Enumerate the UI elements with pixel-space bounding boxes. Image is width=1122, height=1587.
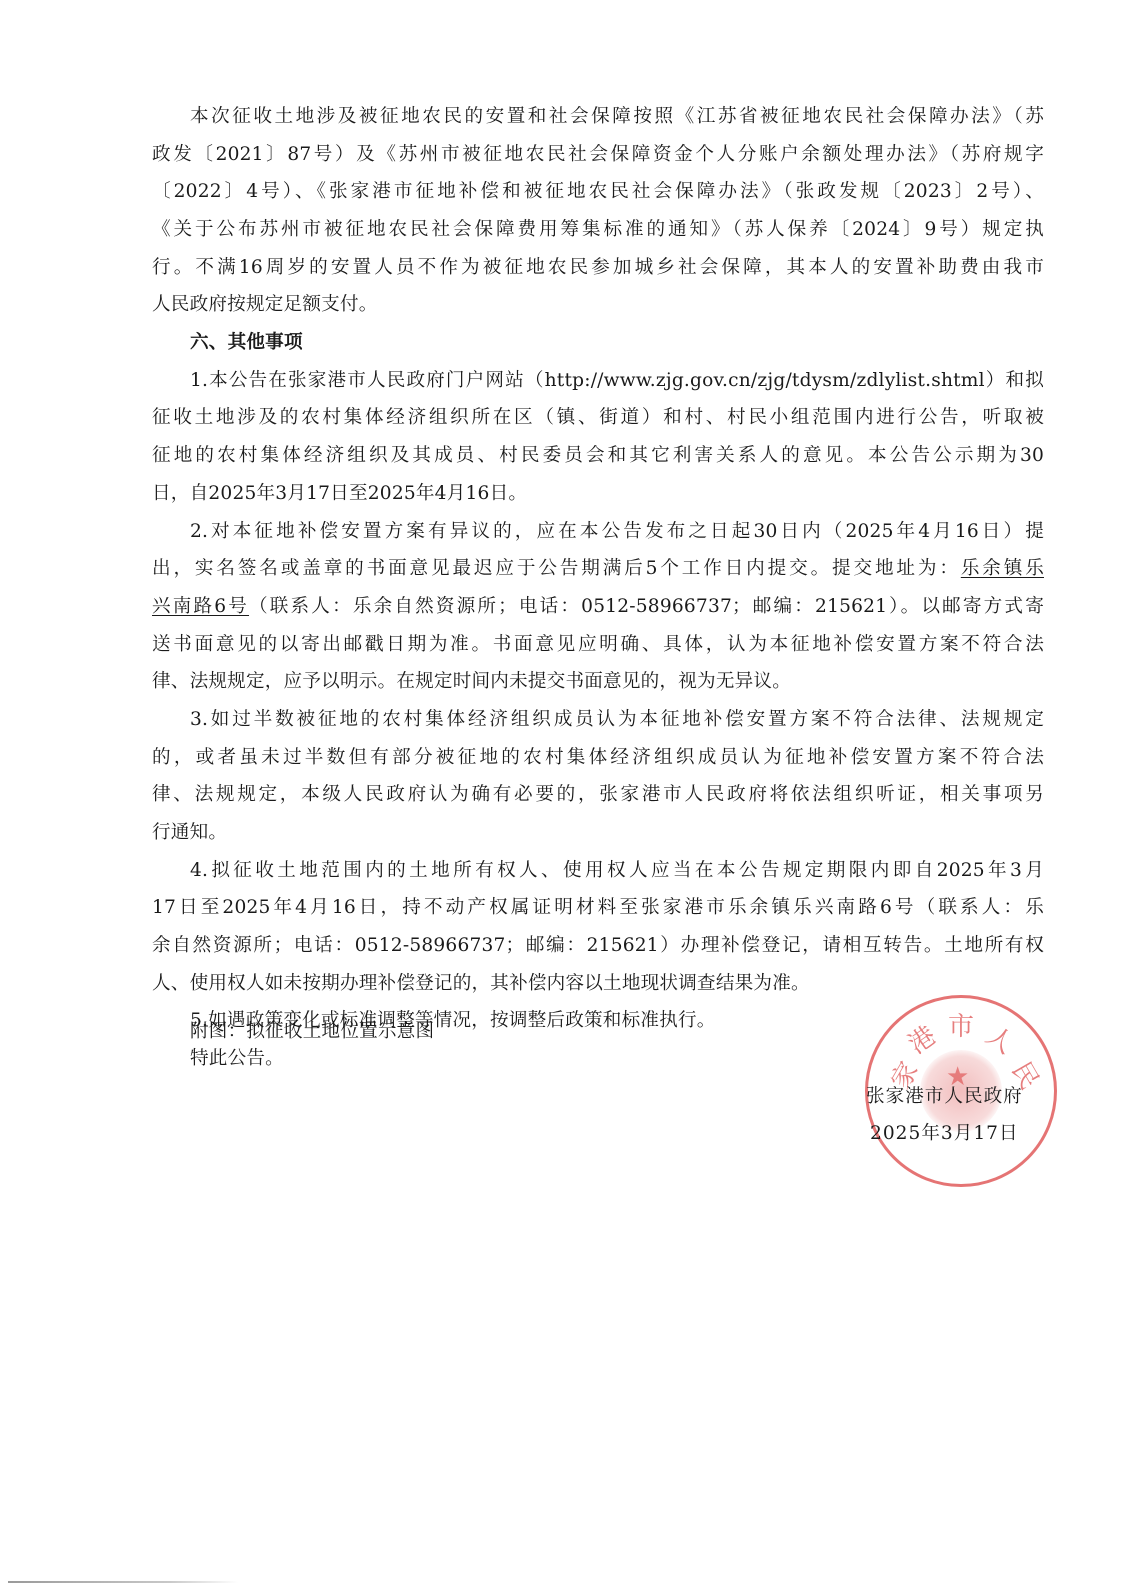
attachment-note: 附图：拟征收土地位置示意图: [190, 1017, 1044, 1047]
issue-date: 2025年3月17日: [870, 1119, 1019, 1149]
item-4-line-4: 人、使用权人如未按期办理补偿登记的，其补偿内容以土地现状调查结果为准。: [152, 969, 1044, 999]
paragraph-social-security-line-3: 〔2022〕4号）、《张家港市征地补偿和被征地农民社会保障办法》（张政发规〔20…: [152, 177, 1044, 207]
paragraph-social-security-line-1: 本次征收土地涉及被征地农民的安置和社会保障按照《江苏省被征地农民社会保障办法》（…: [190, 102, 1044, 132]
paragraph-social-security-line-2: 政发〔2021〕87号）及《苏州市被征地农民社会保障资金个人分账户余额处理办法》…: [152, 140, 1044, 170]
item-2-line-3: 兴南路6号（联系人：乐余自然资源所；电话：0512-58966737；邮编：21…: [152, 592, 1044, 622]
paragraph-social-security-line-5: 行。不满16周岁的安置人员不作为被征地农民参加城乡社会保障，其本人的安置补助费由…: [152, 253, 1044, 283]
item-4-line-2: 17日至2025年4月16日，持不动产权属证明材料至张家港市乐余镇乐兴南路6号（…: [152, 893, 1044, 923]
issuer-signature: 张家港市人民政府: [866, 1082, 1023, 1112]
item-2-line-1: 2.对本征地补偿安置方案有异议的，应在本公告发布之日起30日内（2025年4月1…: [190, 517, 1044, 547]
underlined-address: 乐余镇乐: [961, 558, 1044, 579]
underlined-address: 兴南路6号: [152, 596, 249, 617]
item-2-line-4: 送书面意见的以寄出邮戳日期为准。书面意见应明确、具体，认为本征地补偿安置方案不符…: [152, 630, 1044, 660]
item-4-line-3: 余自然资源所；电话：0512-58966737；邮编：215621）办理补偿登记…: [152, 931, 1044, 961]
item-1-line-4: 日，自2025年3月17日至2025年4月16日。: [152, 479, 1044, 509]
item-3-line-1: 3.如过半数被征地的农村集体经济组织成员认为本征地补偿安置方案不符合法律、法规规…: [190, 705, 1044, 735]
document-page: 本次征收土地涉及被征地农民的安置和社会保障按照《江苏省被征地农民社会保障办法》（…: [0, 0, 1122, 1587]
item-1-line-1: 1.本公告在张家港市人民政府门户网站（http://www.zjg.gov.cn…: [190, 366, 1044, 396]
paragraph-social-security-line-4: 《关于公布苏州市被征地农民社会保障费用筹集标准的通知》（苏人保养〔2024〕9号…: [152, 215, 1044, 245]
item-2-line-5: 律、法规规定，应予以明示。在规定时间内未提交书面意见的，视为无异议。: [152, 667, 1044, 697]
item-3-line-2: 的，或者虽未过半数但有部分被征地的农村集体经济组织成员认为征地补偿安置方案不符合…: [152, 743, 1044, 773]
section-heading-other-matters: 六、其他事项: [190, 328, 1044, 358]
item-3-line-4: 行通知。: [152, 818, 1044, 848]
item-1-line-3: 征地的农村集体经济组织及其成员、村民委员会和其它利害关系人的意见。本公告公示期为…: [152, 441, 1044, 471]
item-2-line-2: 出，实名签名或盖章的书面意见最迟应于公告期满后5个工作日内提交。提交地址为：乐余…: [152, 554, 1044, 584]
scan-artifact-line: [8, 1581, 238, 1583]
item-4-line-1: 4.拟征收土地范围内的土地所有权人、使用权人应当在本公告规定期限内即自2025年…: [190, 856, 1044, 886]
paragraph-social-security-line-6: 人民政府按规定足额支付。: [152, 290, 1044, 320]
item-1-line-2: 征收土地涉及的农村集体经济组织所在区（镇、街道）和村、村民小组范围内进行公告，听…: [152, 403, 1044, 433]
item-3-line-3: 律、法规规定，本级人民政府认为确有必要的，张家港市人民政府将依法组织听证，相关事…: [152, 780, 1044, 810]
